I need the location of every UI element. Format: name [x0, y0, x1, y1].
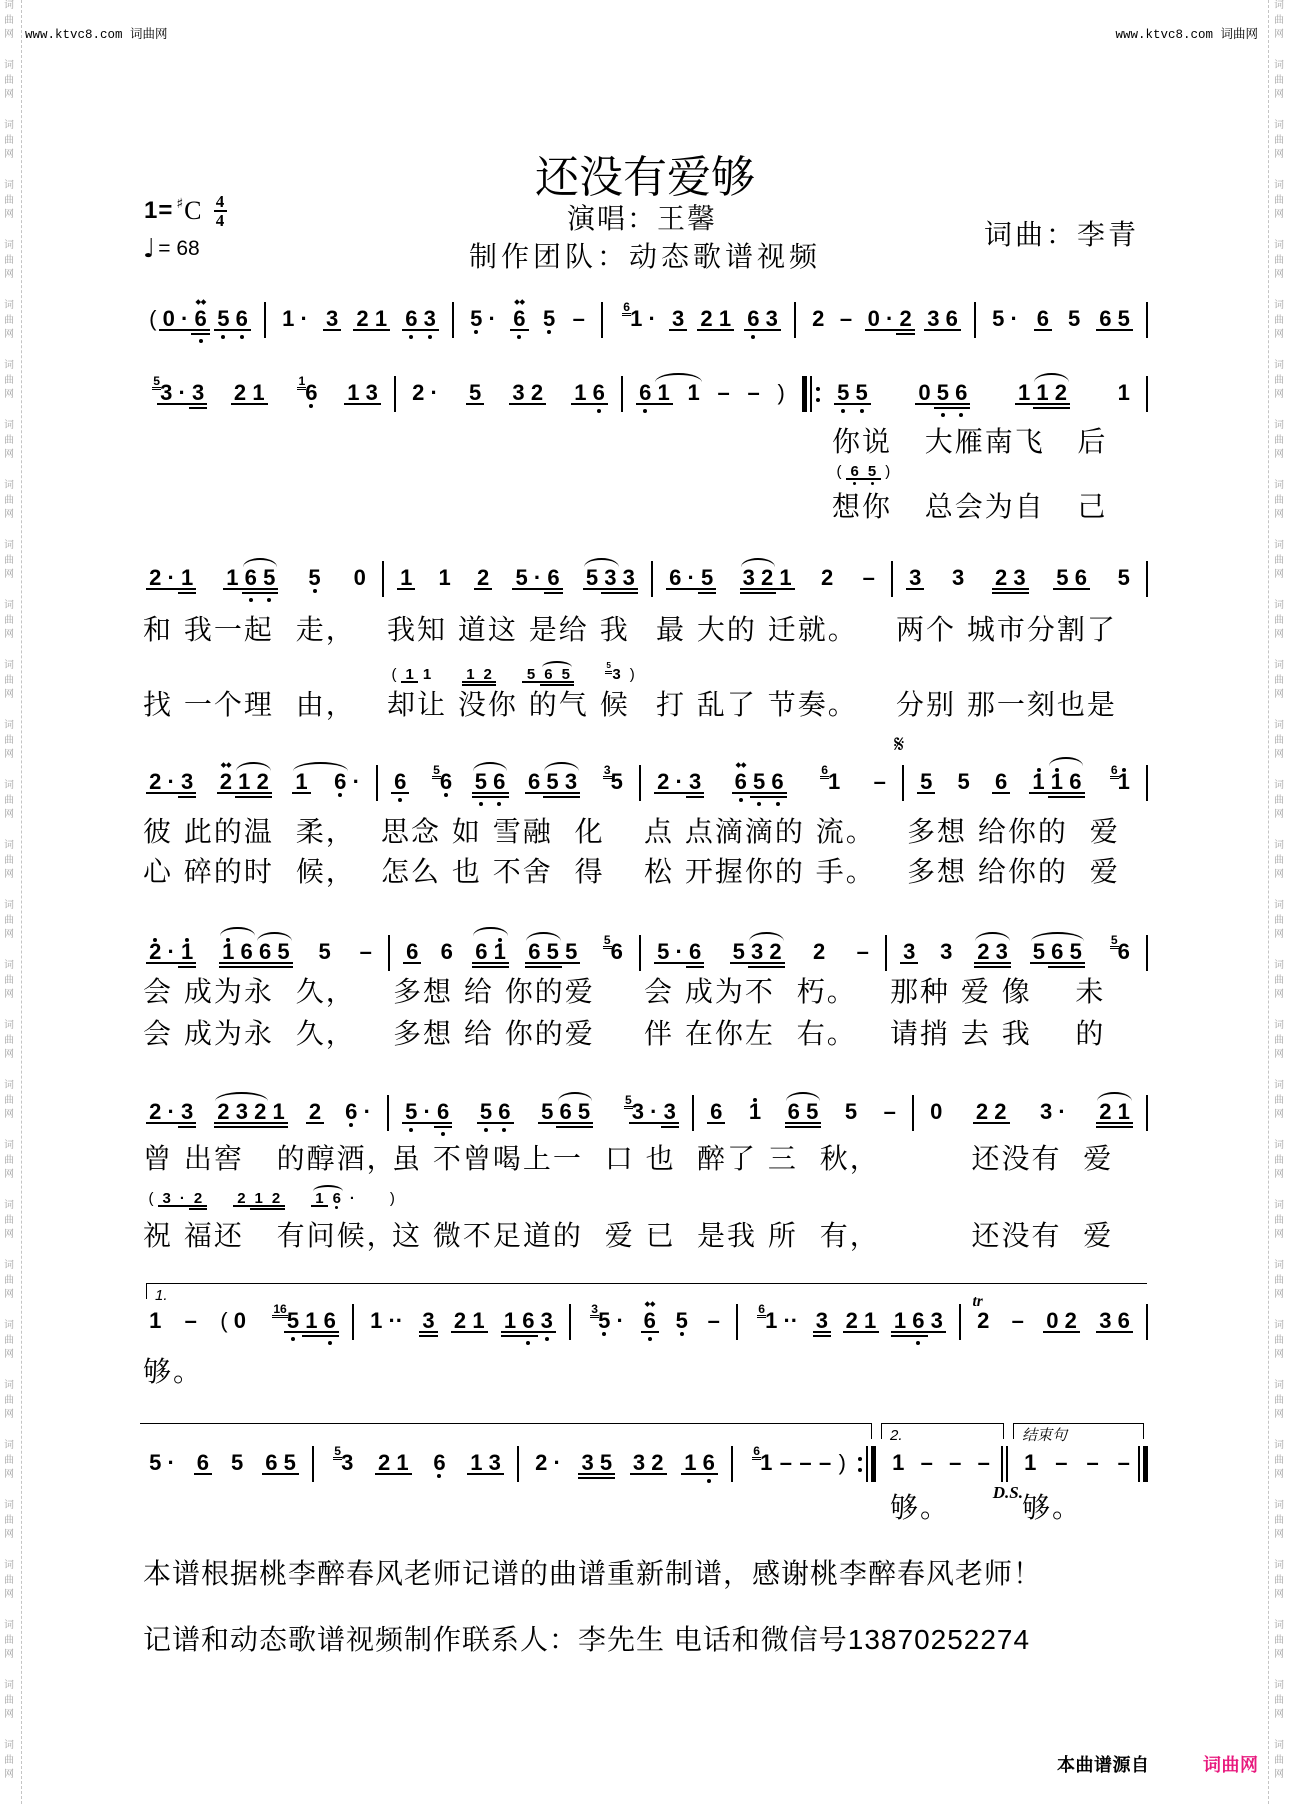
barline-single	[1146, 765, 1148, 801]
note: 61	[762, 1301, 780, 1341]
note: 5	[954, 762, 972, 802]
note-glyph: ·	[167, 558, 174, 598]
duration-underline	[1052, 407, 1070, 409]
lyric-verse-2: 是我 所 有，	[697, 1220, 880, 1252]
note-glyph: 1	[423, 661, 431, 688]
low-octave-dot	[526, 1341, 530, 1345]
note-group: 3	[419, 1301, 437, 1341]
note-glyph: 1	[396, 1443, 408, 1483]
note: 2	[375, 1443, 393, 1483]
paren-open: (	[832, 458, 846, 485]
duration-underline	[974, 962, 992, 964]
duration-underline	[189, 1208, 206, 1210]
score-system: 1.1–(016516够。1··32116335·6◆◆5–61··321163…	[140, 1301, 1147, 1341]
mordent-icon: ◆◆	[732, 761, 750, 768]
duration-underline	[697, 329, 715, 331]
note-glyph: –	[780, 1443, 792, 1483]
duration-underline	[852, 403, 870, 405]
note-extension-dash: –	[918, 1443, 936, 1483]
repeat-dots	[858, 1446, 862, 1482]
duration-underline	[597, 1477, 615, 1479]
measure: 61··321163	[737, 1301, 960, 1341]
duration-underline	[974, 966, 992, 968]
note: 1	[372, 299, 390, 339]
augmentation-dot: ·	[175, 1185, 189, 1212]
low-octave-dot	[871, 482, 874, 485]
note-extension-dash: –	[796, 1443, 814, 1483]
note: 56	[1115, 932, 1133, 972]
duration-underline	[750, 796, 768, 798]
dot	[858, 1468, 862, 1472]
note-glyph: 2	[700, 299, 712, 339]
note-glyph: ·	[675, 932, 682, 972]
duration-underline	[189, 403, 207, 405]
note-glyph: (	[837, 458, 842, 485]
note: 3	[538, 1301, 556, 1341]
duration-underline	[467, 1473, 485, 1475]
duration-underline	[306, 1122, 324, 1124]
duration-underline	[1034, 329, 1052, 331]
note-glyph: 2	[812, 299, 824, 339]
note-glyph: 3	[366, 373, 378, 413]
note-extension-dash: –	[1083, 1443, 1101, 1483]
note-extension-dash: –	[816, 1443, 834, 1483]
measure-notes: 5·6565	[975, 299, 1147, 339]
note-glyph: –	[921, 1443, 933, 1483]
note-group: 6	[1034, 299, 1052, 339]
volta-bracket	[732, 1423, 872, 1439]
note-glyph: –	[708, 1301, 720, 1341]
low-octave-dot	[597, 409, 601, 413]
note: 1	[249, 373, 267, 413]
note: 1	[501, 1301, 519, 1341]
note-glyph: 3	[612, 661, 620, 688]
note: 1	[889, 1443, 907, 1483]
slur-arc	[584, 558, 619, 567]
note-glyph: 1	[470, 1443, 482, 1483]
note-group: 5	[228, 1443, 246, 1483]
note-glyph: ·	[650, 1092, 657, 1132]
note: 3	[620, 558, 638, 598]
duration-underline	[420, 1122, 433, 1124]
note-group: 6	[430, 1443, 448, 1483]
note-glyph: 2	[531, 373, 543, 413]
measures-line: 2·116550和 我一起 走，找 一个理 由，1125·6533我知 道这 是…	[140, 558, 1147, 598]
note-group: 2	[306, 1092, 324, 1132]
note-group: 2	[809, 299, 827, 339]
note-glyph: 1	[370, 1301, 382, 1341]
note-glyph: 1	[760, 1443, 772, 1483]
lyric-verse-2: 却让 没你 的气 候	[387, 689, 630, 721]
note: 1	[279, 299, 297, 339]
note: 2	[818, 558, 836, 598]
note-glyph: 5	[565, 932, 577, 972]
note: 53	[157, 373, 175, 413]
note-group: –	[854, 932, 872, 972]
duration-underline	[510, 329, 528, 331]
paren-open: (	[144, 1185, 158, 1212]
note-group: )	[836, 1443, 849, 1483]
duration-underline	[233, 329, 251, 331]
note-glyph: 3	[424, 299, 436, 339]
duration-underline	[883, 329, 896, 331]
note-group: 1	[435, 558, 453, 598]
measure: 5321613	[313, 1443, 518, 1483]
note-glyph: 0	[930, 1092, 942, 1132]
note-group: 65	[1096, 299, 1133, 339]
note-glyph: 6	[265, 1443, 277, 1483]
duration-underline	[556, 1122, 574, 1124]
note-glyph: –	[1086, 1443, 1098, 1483]
duration-underline	[672, 792, 685, 794]
duration-underline	[214, 1122, 232, 1124]
lyric-verse-1: 点 点滴滴的 流。	[644, 816, 876, 848]
bar-stroke	[1001, 1446, 1003, 1482]
note-group: 056	[915, 373, 970, 413]
note-glyph: 2	[813, 932, 825, 972]
note-group: 6·	[342, 1092, 374, 1132]
note-group: 2·3	[654, 762, 704, 802]
note: 6	[495, 1092, 513, 1132]
duration-underline	[501, 1331, 519, 1333]
duration-underline	[672, 962, 685, 964]
measure: 2.D.S.1–––够。	[875, 1443, 1007, 1483]
note: 3	[928, 1301, 946, 1341]
note: 2	[992, 558, 1010, 598]
measure-notes: 332356556	[886, 932, 1147, 972]
duration-underline	[863, 478, 880, 480]
note-group: 53·3	[146, 373, 207, 413]
duration-underline	[233, 1205, 250, 1207]
note-group: 5	[917, 762, 935, 802]
slur-arc	[473, 762, 508, 771]
note: 6	[1034, 299, 1052, 339]
note-glyph: ·	[353, 762, 360, 802]
note: 2	[973, 1092, 991, 1132]
note: 5	[1053, 558, 1071, 598]
slur-arc	[655, 373, 701, 382]
low-octave-dot	[916, 1341, 920, 1345]
duration-underline	[189, 407, 207, 409]
note-glyph: –	[748, 373, 760, 413]
note-glyph: 2	[821, 558, 833, 598]
bar-stroke	[1146, 561, 1148, 597]
bar-stroke	[1146, 935, 1148, 971]
high-octave-dot	[753, 1098, 757, 1102]
grace-note: 6	[752, 1445, 761, 1461]
note-group: –	[1115, 1443, 1133, 1483]
measures-line: 2·3232126·曾 出窖 的醇酒，祝 福还 有问候，(3·221216·)5…	[140, 1092, 1147, 1132]
measure: 2·116550和 我一起 走，找 一个理 由，	[140, 558, 383, 598]
note-group: 2	[474, 558, 492, 598]
note: 1	[178, 558, 196, 598]
augmentation-dot: ·	[485, 299, 498, 339]
note-extension-dash: –	[1115, 1443, 1133, 1483]
note-glyph: 6	[611, 932, 623, 972]
note-group: 32	[509, 373, 546, 413]
note: 6	[262, 1443, 280, 1483]
note-glyph: 1	[1118, 373, 1130, 413]
note-group: 5	[1065, 299, 1083, 339]
note-extension-dash: –	[357, 932, 375, 972]
duration-underline	[260, 592, 278, 594]
bar-stroke	[1146, 376, 1148, 412]
duration-underline	[159, 329, 177, 331]
note-group: 13	[344, 373, 381, 413]
duration-underline	[766, 966, 784, 968]
note: 1	[716, 299, 734, 339]
note: 2	[189, 1185, 206, 1212]
duration-underline	[233, 1126, 251, 1128]
note: 3	[323, 299, 341, 339]
measure-notes: 6565665335	[377, 762, 640, 802]
duration-underline	[403, 962, 421, 964]
note: 2	[146, 762, 164, 802]
note: 2	[991, 1092, 1009, 1132]
note-glyph: 3	[927, 299, 939, 339]
duration-underline	[915, 403, 933, 405]
duration-underline	[924, 329, 942, 331]
duration-underline	[590, 403, 608, 405]
duration-underline	[557, 684, 574, 686]
measure-notes: 2·353216	[518, 1443, 732, 1483]
note-glyph: –	[840, 299, 852, 339]
grace-note: 6	[622, 301, 631, 317]
note-group: 22	[973, 1092, 1010, 1132]
augmentation-dot: ·	[647, 1092, 660, 1132]
note-glyph: 1	[400, 558, 412, 598]
note: 2	[146, 932, 164, 972]
low-octave-dot	[409, 1128, 413, 1132]
note-group: 53	[327, 1443, 356, 1483]
note-group: –	[570, 299, 588, 339]
duration-underline	[686, 796, 704, 798]
note-glyph: 5	[541, 1092, 553, 1132]
note-glyph: (	[149, 1185, 154, 1212]
note: 1	[393, 1443, 411, 1483]
duration-underline	[1052, 403, 1070, 405]
note: 2	[809, 299, 827, 339]
note-group: 6◆◆56	[732, 762, 787, 802]
duration-underline	[716, 329, 734, 331]
measure: 550561121你说 大雁南飞 后想你 总会为自 己(65)	[802, 373, 1147, 413]
volta-bracket	[313, 1423, 518, 1439]
note: 2tr	[974, 1301, 992, 1341]
mordent-icon: ◆◆	[191, 298, 209, 305]
note: 3	[578, 1443, 596, 1483]
lyric-verse-1: 还没有 爱	[917, 1143, 1113, 1175]
note: 3	[669, 299, 687, 339]
duration-underline	[562, 792, 580, 794]
duration-underline	[1115, 329, 1133, 331]
duration-underline	[223, 588, 241, 590]
note-group: 16	[681, 1443, 718, 1483]
note-glyph: 3	[160, 373, 172, 413]
note-group: 6	[391, 762, 409, 802]
low-octave-dot	[757, 802, 761, 806]
note-glyph: 2	[477, 558, 489, 598]
slur-arc	[786, 1092, 821, 1101]
augmentation-dot: ·	[164, 1092, 177, 1132]
note-glyph: –	[819, 1443, 831, 1483]
duration-underline	[250, 1208, 267, 1210]
note-extension-dash: –	[854, 932, 872, 972]
note-group: 61	[814, 762, 843, 802]
note-group: 61	[1104, 762, 1133, 802]
duration-underline	[1033, 407, 1051, 409]
note: 6	[1115, 1301, 1133, 1341]
note: 6	[194, 1443, 212, 1483]
duration-underline	[654, 792, 672, 794]
note: 53	[629, 1092, 647, 1132]
note: 2◆◆	[217, 762, 235, 802]
note-group: 2·	[409, 373, 441, 413]
duration-underline	[157, 403, 175, 405]
lyric-verse-2: 松 开握你的 手。	[644, 856, 876, 888]
rest: 0	[159, 299, 177, 339]
augmentation-dot: ·	[684, 558, 697, 598]
paren-close: )	[774, 373, 787, 413]
note: 1	[401, 661, 418, 688]
lyric-verse-1: 虽 不曾喝上一 口 也	[392, 1143, 676, 1175]
slur-arc	[558, 1092, 593, 1101]
duration-underline	[750, 792, 768, 794]
note: 6	[391, 762, 409, 802]
note-group: –	[705, 1301, 723, 1341]
duration-underline	[540, 684, 557, 686]
lyric-verse-2: 多想 给你的 爱	[907, 856, 1120, 888]
lyric-verse-1: 够。	[143, 1356, 203, 1388]
note: 3	[686, 762, 704, 802]
note-glyph: 5	[611, 762, 623, 802]
note-group: –	[816, 1443, 834, 1483]
note-glyph: 3	[903, 932, 915, 972]
paren-close: )	[385, 1185, 399, 1212]
note: 1	[397, 558, 415, 598]
note-glyph: –	[799, 1443, 811, 1483]
note-glyph: 2	[237, 1185, 245, 1212]
note-group: 6·5	[666, 558, 716, 598]
duration-underline	[178, 329, 191, 331]
duration-underline	[235, 792, 253, 794]
note-group: 21	[451, 1301, 488, 1341]
note-glyph: 5	[469, 373, 481, 413]
note: 5	[512, 558, 530, 598]
slur-arc	[257, 932, 292, 941]
note: 6◆◆	[641, 1301, 659, 1341]
credit-note: 本谱根据桃李醉春风老师记谱的曲谱重新制谱，感谢桃李醉春风老师！	[143, 1558, 1042, 1590]
duration-underline	[803, 1122, 821, 1124]
note-group: 21	[353, 299, 390, 339]
note: 1	[418, 661, 435, 688]
lyric-verse-1: 最 大的 迁就。	[656, 614, 858, 646]
measure: 2tr–0236	[960, 1301, 1147, 1341]
note-group: 2·3	[146, 1092, 196, 1132]
note-group: 3	[906, 558, 924, 598]
note-glyph: ·	[488, 299, 495, 339]
note-glyph: –	[718, 373, 730, 413]
volta-bracket	[570, 1283, 737, 1299]
note: 2	[528, 373, 546, 413]
note-glyph: 3	[632, 1092, 644, 1132]
note-glyph: 3	[163, 1185, 171, 1212]
note-group: 1	[146, 1301, 164, 1341]
note-group: 12	[462, 661, 497, 688]
note-glyph: 2	[378, 1443, 390, 1483]
slur-arc	[526, 932, 561, 941]
duration-underline	[698, 592, 716, 594]
duration-underline	[146, 792, 164, 794]
duration-underline	[158, 1205, 175, 1207]
note: 6	[700, 1443, 718, 1483]
note: 5	[146, 1443, 164, 1483]
note-glyph: 2	[309, 1092, 321, 1132]
note: 6	[321, 1301, 339, 1341]
barline-single	[1146, 935, 1148, 971]
note-glyph: 0	[868, 299, 880, 339]
grace-note: 1	[297, 375, 306, 391]
duration-underline	[1115, 1126, 1133, 1128]
duration-underline	[909, 1335, 927, 1337]
note: 6	[233, 299, 251, 339]
duration-underline	[302, 1335, 320, 1337]
note-group: )	[774, 373, 787, 413]
note-group: 35·	[584, 1301, 627, 1341]
note-glyph: 5	[480, 1092, 492, 1132]
note-group: 53)	[600, 661, 639, 688]
note-group: –	[975, 1443, 993, 1483]
note: 5	[1065, 299, 1083, 339]
duration-underline	[164, 962, 177, 964]
duration-underline	[1066, 792, 1084, 794]
note-glyph: ·	[181, 299, 188, 339]
note-glyph: 6	[851, 458, 859, 485]
note-group: –	[1009, 1301, 1027, 1341]
duration-underline	[758, 592, 776, 594]
duration-underline	[700, 1473, 718, 1475]
duration-underline	[768, 792, 786, 794]
duration-underline	[906, 588, 924, 590]
duration-underline	[472, 792, 490, 794]
mordent-icon: ◆◆	[510, 298, 528, 305]
source-site: 词曲网	[1203, 1755, 1259, 1775]
duration-underline	[178, 592, 196, 594]
note: 1	[178, 932, 196, 972]
duration-underline	[146, 1122, 164, 1124]
duration-underline	[474, 588, 492, 590]
measure: 𝄋55611661多想 给你的 爱多想 给你的 爱	[903, 762, 1147, 802]
low-octave-dot	[484, 1128, 488, 1132]
note-glyph: 3	[766, 299, 778, 339]
note: 1	[367, 1301, 385, 1341]
duration-underline	[544, 588, 562, 590]
duration-underline	[401, 681, 418, 683]
slur-arc	[544, 762, 579, 771]
score-system: 5·656553216132·35321661–––)2.D.S.1–––够。结…	[140, 1443, 1147, 1483]
duration-underline	[575, 1122, 593, 1124]
note: 35	[608, 762, 626, 802]
duration-underline	[992, 592, 1010, 594]
note: 1	[746, 1092, 764, 1132]
note-group: (3·2	[144, 1185, 207, 1212]
duration-underline	[758, 588, 776, 590]
duration-underline	[803, 1126, 821, 1128]
note-glyph: 1	[765, 1301, 777, 1341]
note: 3	[1096, 1301, 1114, 1341]
duration-underline	[402, 1122, 420, 1124]
lyric-verse-1: 会 成为不 朽。	[644, 976, 857, 1008]
note-group: 6	[403, 932, 421, 972]
